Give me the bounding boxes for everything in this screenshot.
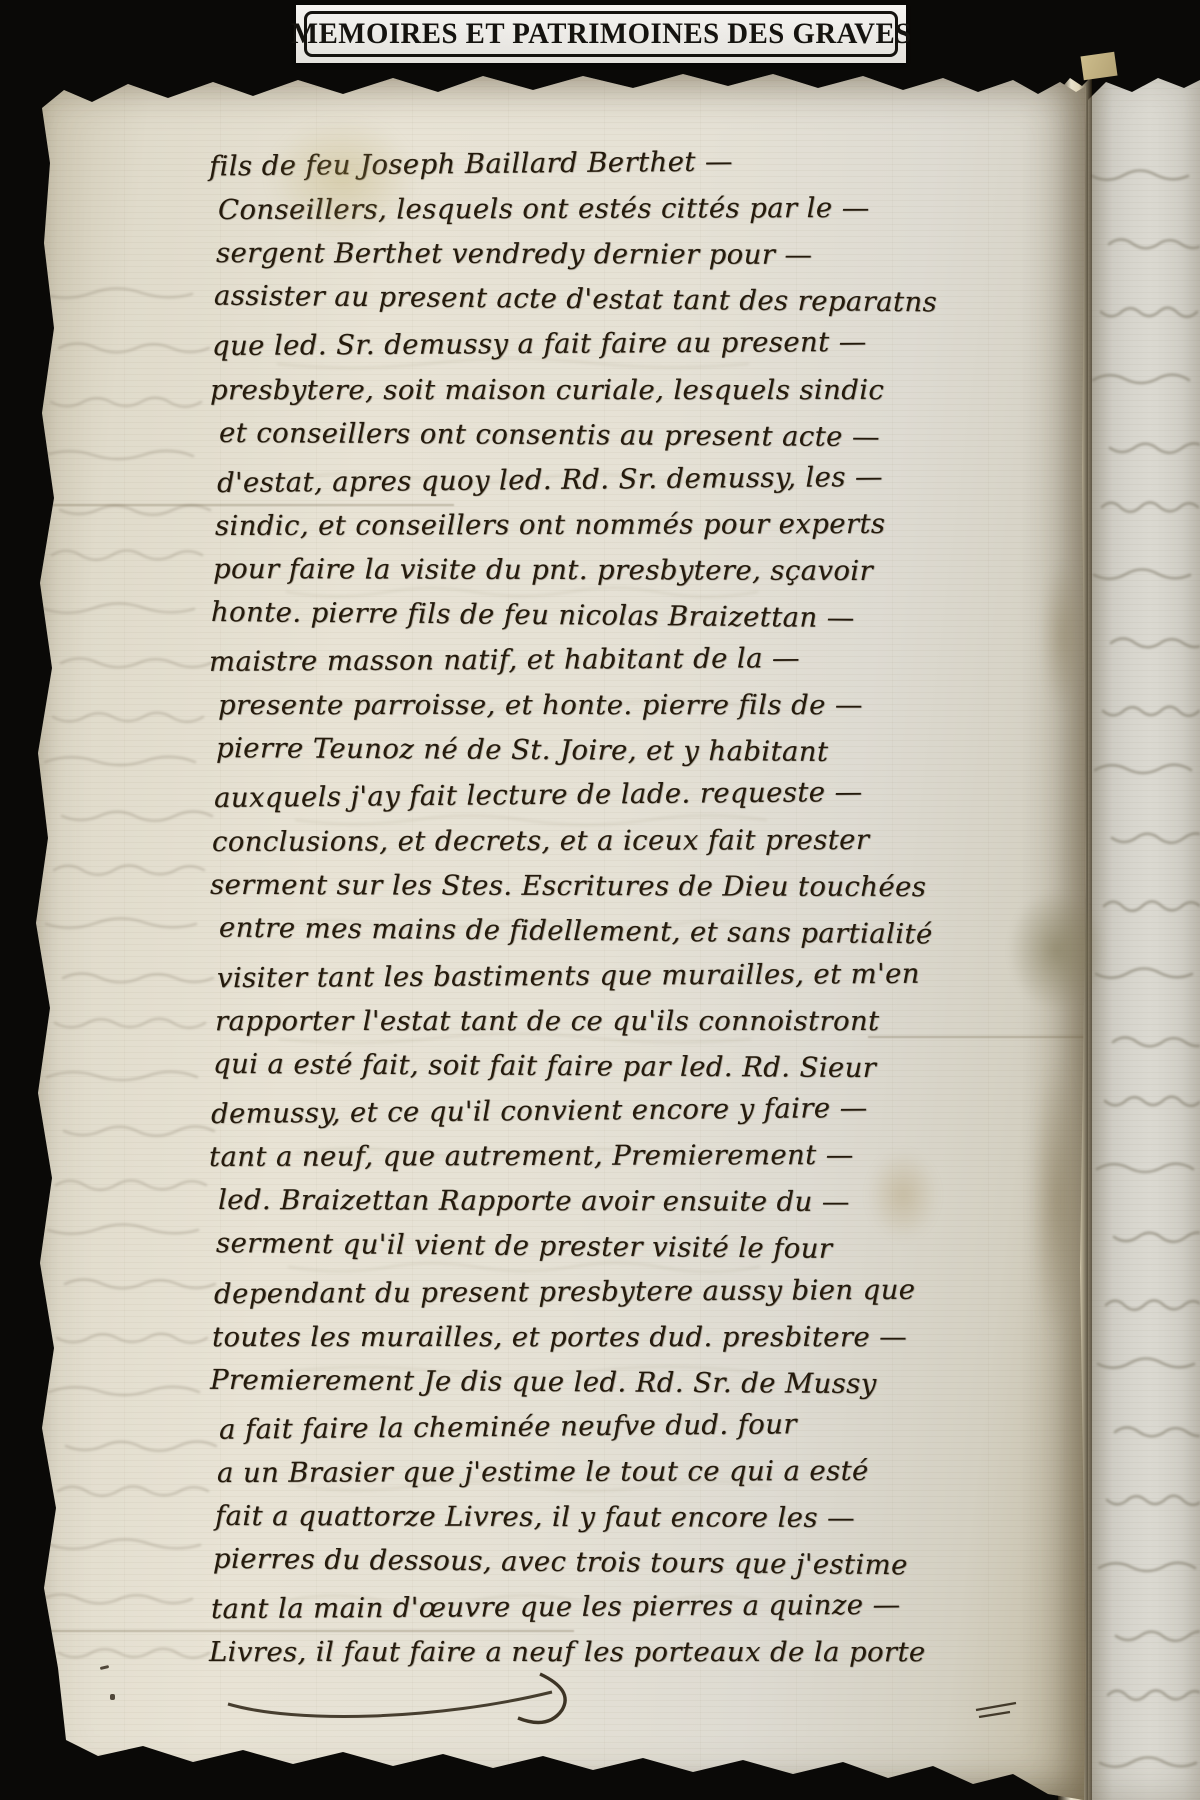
ink-flourish	[28, 68, 1086, 1800]
showthrough-marks	[1088, 70, 1200, 1800]
photo-background: fils de feu Joseph Baillard Berthet —Con…	[0, 0, 1200, 1800]
banner-title: MEMOIRES ET PATRIMOINES DES GRAVES	[291, 17, 912, 51]
banner-frame: MEMOIRES ET PATRIMOINES DES GRAVES	[304, 11, 898, 57]
ink-speck	[110, 1694, 115, 1700]
facing-page	[1088, 70, 1200, 1800]
manuscript-page: fils de feu Joseph Baillard Berthet —Con…	[28, 68, 1086, 1800]
paper-fragment	[1080, 52, 1117, 80]
collection-banner: MEMOIRES ET PATRIMOINES DES GRAVES	[296, 5, 906, 63]
